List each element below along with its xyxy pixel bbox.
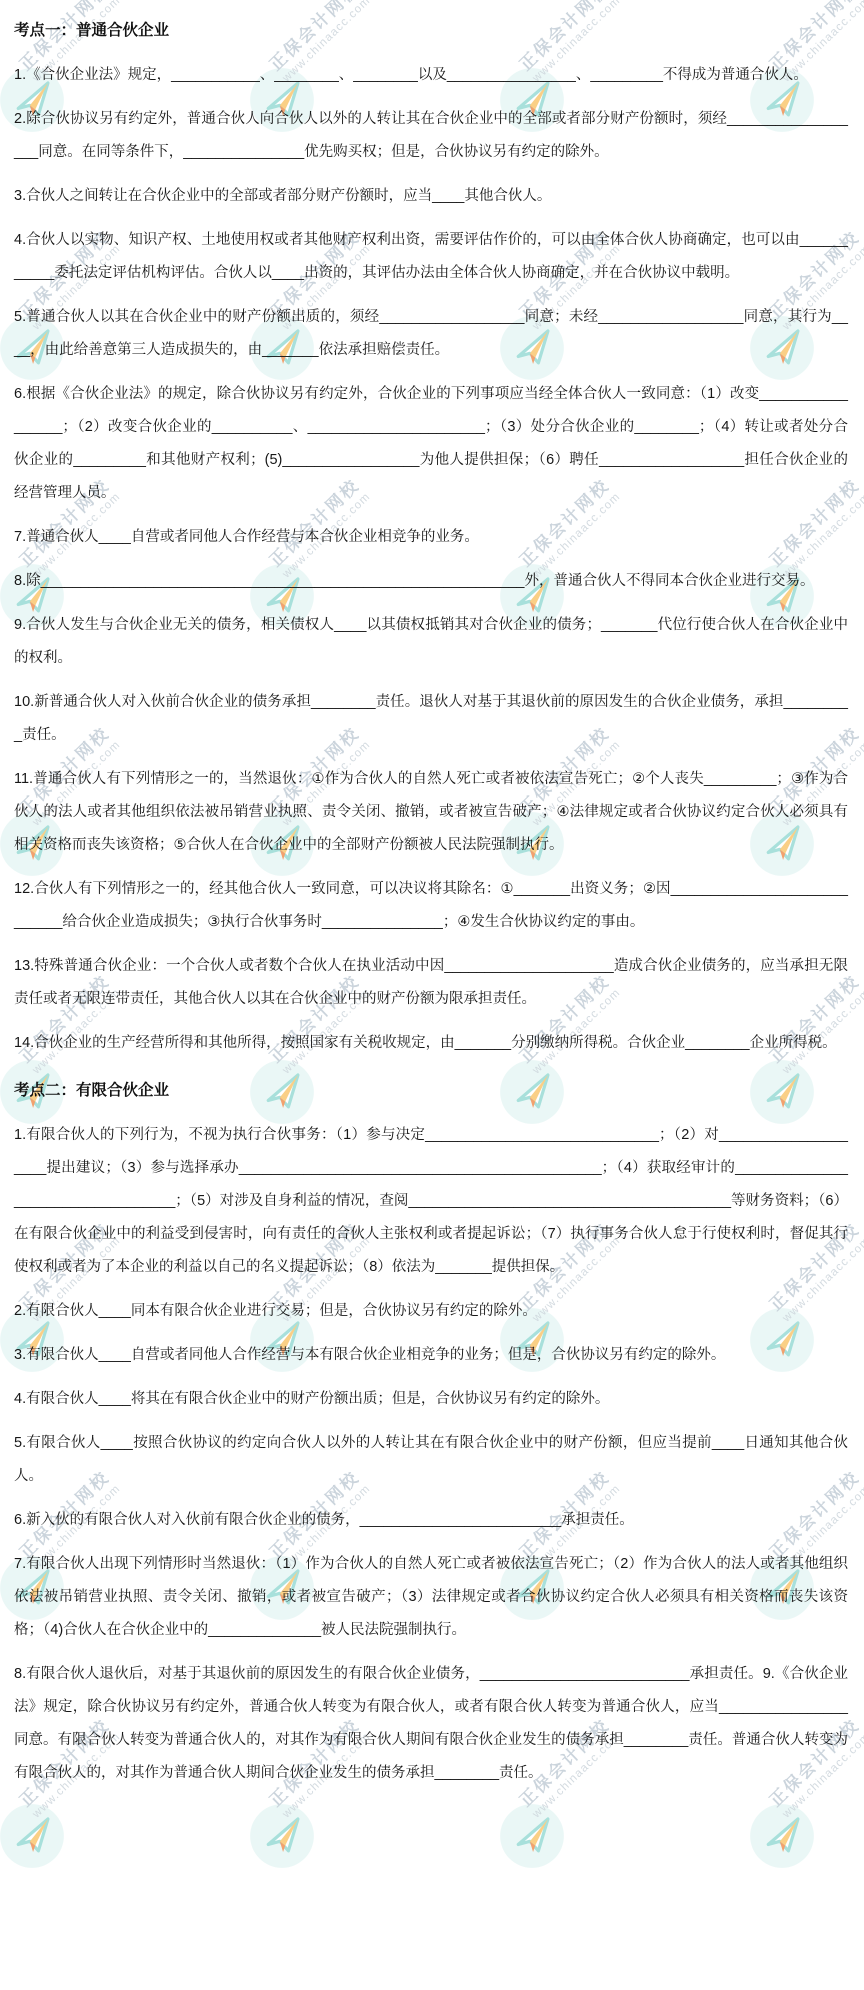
section-heading: 考点二：有限合伙企业	[14, 1076, 848, 1106]
question-item: 8.除_____________________________________…	[14, 565, 848, 598]
question-item: 3.有限合伙人____自营或者同他人合作经营与本有限合伙企业相竞争的业务；但是，…	[14, 1339, 848, 1372]
question-item: 2.除合伙协议另有约定外，普通合伙人向合伙人以外的人转让其在合伙企业中的全部或者…	[14, 103, 848, 169]
question-item: 2.有限合伙人____同本有限合伙企业进行交易；但是，合伙协议另有约定的除外。	[14, 1295, 848, 1328]
section-heading: 考点一：普通合伙企业	[14, 16, 848, 46]
question-item: 6.新入伙的有限合伙人对入伙前有限合伙企业的债务，_______________…	[14, 1504, 848, 1537]
brand-logo-icon	[498, 1802, 566, 1870]
document-content: 考点一：普通合伙企业1.《合伙企业法》规定，___________、______…	[0, 0, 864, 1790]
brand-logo-icon	[0, 1802, 66, 1870]
question-item: 1.《合伙企业法》规定，___________、________、_______…	[14, 59, 848, 92]
question-item: 12.合伙人有下列情形之一的，经其他合伙人一致同意，可以决议将其除名：①____…	[14, 873, 848, 939]
document-page: 正保会计网校www.chinaacc.com正保会计网校www.chinaacc…	[0, 0, 864, 1990]
question-item: 7.普通合伙人____自营或者同他人合作经营与本合伙企业相竞争的业务。	[14, 521, 848, 554]
question-item: 5.有限合伙人____按照合伙协议的约定向合伙人以外的人转让其在有限合伙企业中的…	[14, 1427, 848, 1493]
question-item: 3.合伙人之间转让在合伙企业中的全部或者部分财产份额时，应当____其他合伙人。	[14, 180, 848, 213]
question-item: 9.合伙人发生与合伙企业无关的债务，相关债权人____以其债权抵销其对合伙企业的…	[14, 609, 848, 675]
question-item: 4.合伙人以实物、知识产权、土地使用权或者其他财产权利出资，需要评估作价的，可以…	[14, 224, 848, 290]
question-item: 7.有限合伙人出现下列情形时当然退伙：（1）作为合伙人的自然人死亡或者被依法宣告…	[14, 1548, 848, 1647]
question-item: 10.新普通合伙人对入伙前合伙企业的债务承担________责任。退伙人对基于其…	[14, 686, 848, 752]
question-item: 11.普通合伙人有下列情形之一的，当然退伙：①作为合伙人的自然人死亡或者被依法宣…	[14, 763, 848, 862]
question-item: 8.有限合伙人退伙后，对基于其退伙前的原因发生的有限合伙企业债务，_______…	[14, 1658, 848, 1790]
section: 考点二：有限合伙企业1.有限合伙人的下列行为，不视为执行合伙事务：（1）参与决定…	[14, 1076, 848, 1790]
question-item: 5.普通合伙人以其在合伙企业中的财产份额出质的，须经______________…	[14, 301, 848, 367]
question-item: 14.合伙企业的生产经营所得和其他所得，按照国家有关税收规定，由_______分…	[14, 1027, 848, 1060]
brand-logo-icon	[748, 1802, 816, 1870]
question-item: 1.有限合伙人的下列行为，不视为执行合伙事务：（1）参与决定__________…	[14, 1119, 848, 1284]
question-item: 6.根据《合伙企业法》的规定，除合伙协议另有约定外，合伙企业的下列事项应当经全体…	[14, 378, 848, 510]
question-item: 4.有限合伙人____将其在有限合伙企业中的财产份额出质；但是，合伙协议另有约定…	[14, 1383, 848, 1416]
section: 考点一：普通合伙企业1.《合伙企业法》规定，___________、______…	[14, 16, 848, 1060]
brand-logo-icon	[248, 1802, 316, 1870]
question-item: 13.特殊普通合伙企业：一个合伙人或者数个合伙人在执业活动中因_________…	[14, 950, 848, 1016]
